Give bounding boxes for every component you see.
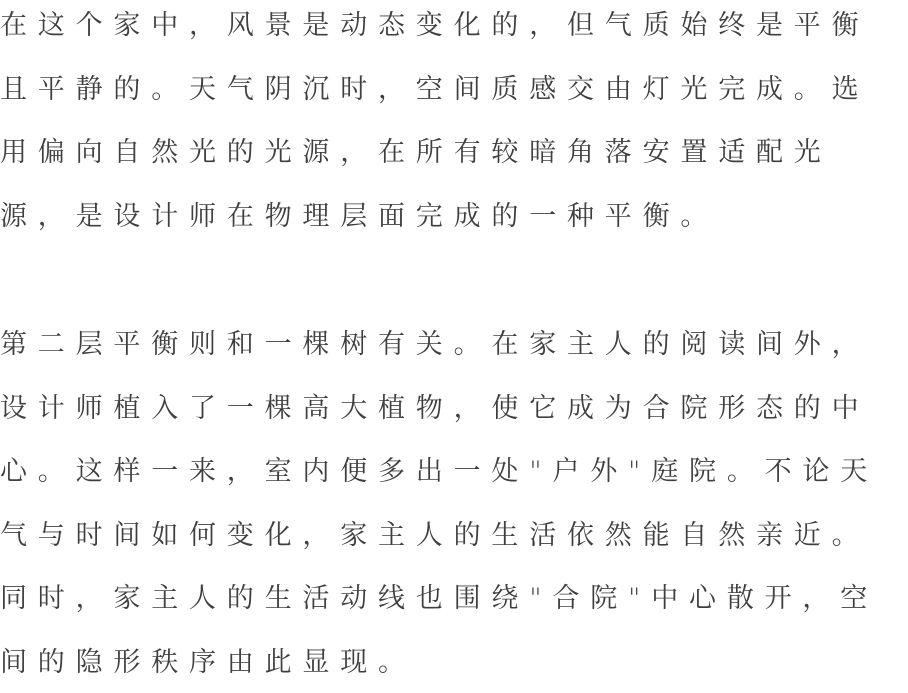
text-line: 且平静的。天气阴沉时，空间质感交由灯光完成。选 [0, 58, 869, 122]
text-line: 源，是设计师在物理层面完成的一种平衡。 [0, 185, 869, 249]
paragraph-tree-courtyard: 第二层平衡则和一棵树有关。在家主人的阅读间外， 设计师植入了一棵高大植物，使它成… [0, 313, 878, 693]
text-line: 第二层平衡则和一棵树有关。在家主人的阅读间外， [0, 313, 878, 377]
text-line: 气与时间如何变化，家主人的生活依然能自然亲近。 [0, 504, 878, 568]
text-line: 心。这样一来，室内便多出一处"户外"庭院。不论天 [0, 440, 878, 504]
text-line: 用偏向自然光的光源，在所有较暗角落安置适配光 [0, 121, 869, 185]
text-line: 同时，家主人的生活动线也围绕"合院"中心散开，空 [0, 567, 878, 631]
text-line: 设计师植入了一棵高大植物，使它成为合院形态的中 [0, 377, 878, 441]
paragraph-lighting-balance: 在这个家中，风景是动态变化的，但气质始终是平衡 且平静的。天气阴沉时，空间质感交… [0, 0, 869, 248]
text-line: 在这个家中，风景是动态变化的，但气质始终是平衡 [0, 0, 869, 58]
text-line: 间的隐形秩序由此显现。 [0, 631, 878, 693]
